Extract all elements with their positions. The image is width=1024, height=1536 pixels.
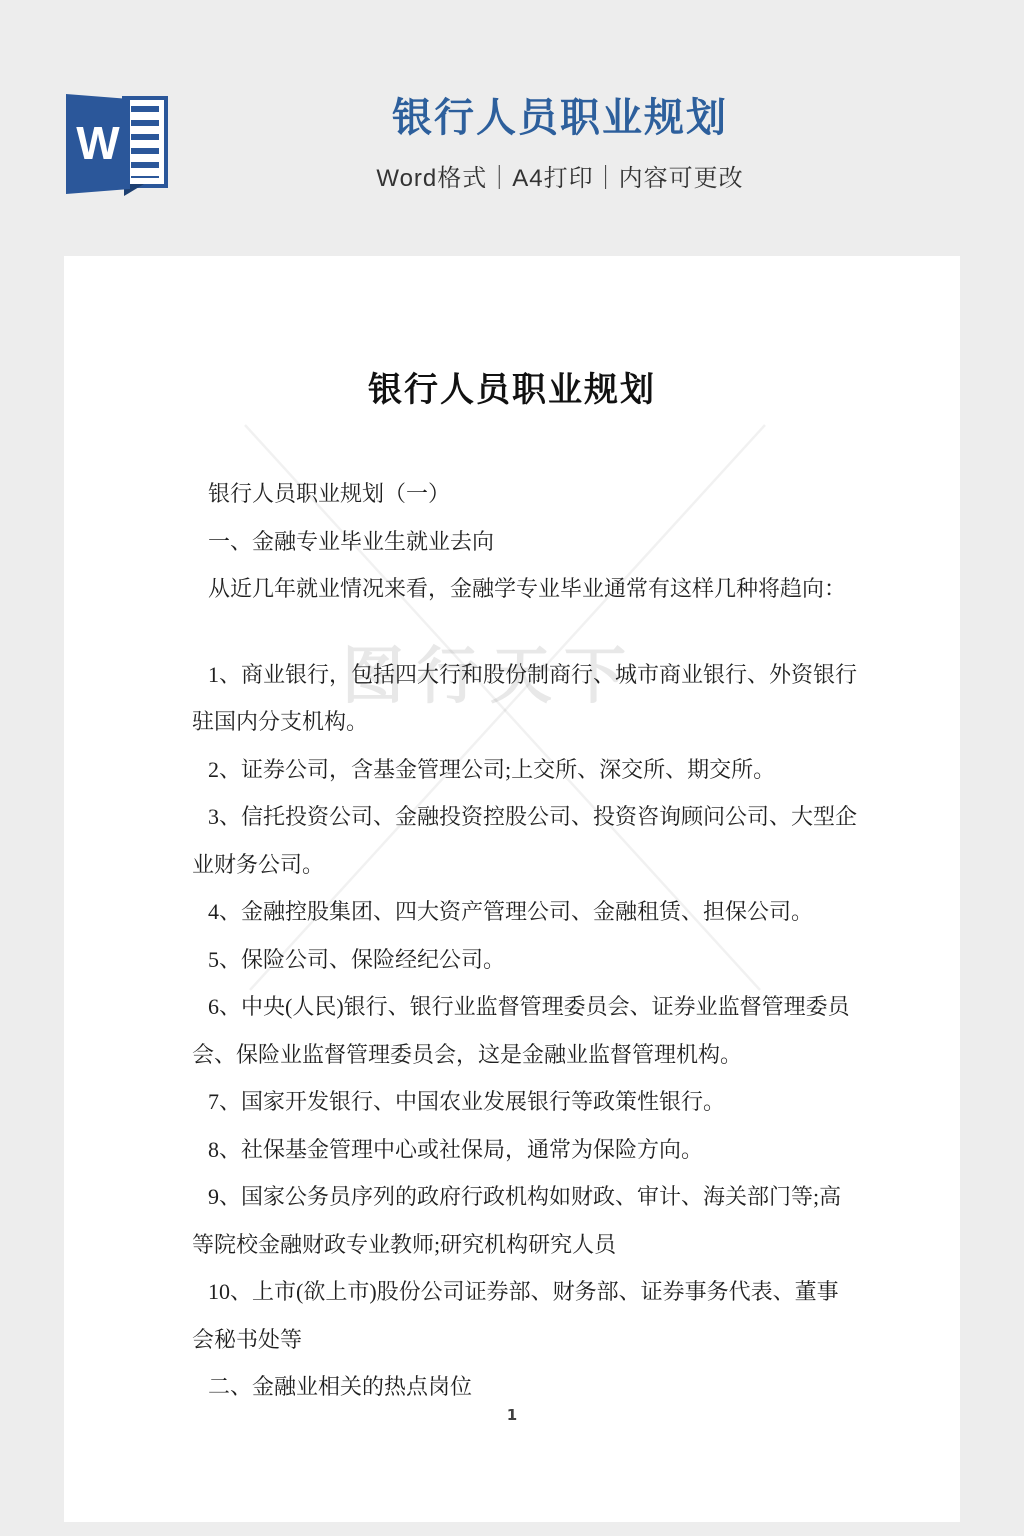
document-line: 会秘书处等	[192, 1316, 892, 1364]
document-title: 银行人员职业规划	[64, 362, 960, 411]
document-body: 银行人员职业规划（一）一、金融专业毕业生就业去向从近几年就业情况来看，金融学专业…	[192, 470, 892, 1411]
document-page: 图行天下 银行人员职业规划 银行人员职业规划（一）一、金融专业毕业生就业去向从近…	[64, 256, 960, 1522]
document-line: 驻国内分支机构。	[192, 698, 892, 746]
document-line: 9、国家公务员序列的政府行政机构如财政、审计、海关部门等;高	[192, 1173, 892, 1221]
document-line: 会、保险业监督管理委员会，这是金融业监督管理机构。	[192, 1031, 892, 1079]
document-line: 银行人员职业规划（一）	[192, 470, 892, 518]
site-header: W 银行人员职业规划 Word格式｜A4打印｜内容可更改	[0, 0, 1024, 256]
document-line: 一、金融专业毕业生就业去向	[192, 518, 892, 566]
document-line: 10、上市(欲上市)股份公司证券部、财务部、证券事务代表、董事	[192, 1268, 892, 1316]
document-line: 二、金融业相关的热点岗位	[192, 1363, 892, 1411]
document-line: 4、金融控股集团、四大资产管理公司、金融租赁、担保公司。	[192, 888, 892, 936]
document-blank-line	[192, 613, 892, 651]
document-line: 3、信托投资公司、金融投资控股公司、投资咨询顾问公司、大型企	[192, 793, 892, 841]
page-number: 1	[64, 1406, 960, 1424]
header-title: 银行人员职业规划	[96, 96, 1024, 140]
header-text-block: 银行人员职业规划 Word格式｜A4打印｜内容可更改	[96, 96, 1024, 193]
document-line: 从近几年就业情况来看，金融学专业毕业通常有这样几种将趋向：	[192, 565, 892, 613]
document-line: 6、中央(人民)银行、银行业监督管理委员会、证券业监督管理委员	[192, 983, 892, 1031]
document-line: 业财务公司。	[192, 841, 892, 889]
document-line: 7、国家开发银行、中国农业发展银行等政策性银行。	[192, 1078, 892, 1126]
header-subtitle: Word格式｜A4打印｜内容可更改	[96, 158, 1024, 193]
document-line: 1、商业银行，包括四大行和股份制商行、城市商业银行、外资银行	[192, 651, 892, 699]
document-line: 8、社保基金管理中心或社保局，通常为保险方向。	[192, 1126, 892, 1174]
document-line: 5、保险公司、保险经纪公司。	[192, 936, 892, 984]
document-line: 等院校金融财政专业教师;研究机构研究人员	[192, 1221, 892, 1269]
document-line: 2、证券公司，含基金管理公司;上交所、深交所、期交所。	[192, 746, 892, 794]
